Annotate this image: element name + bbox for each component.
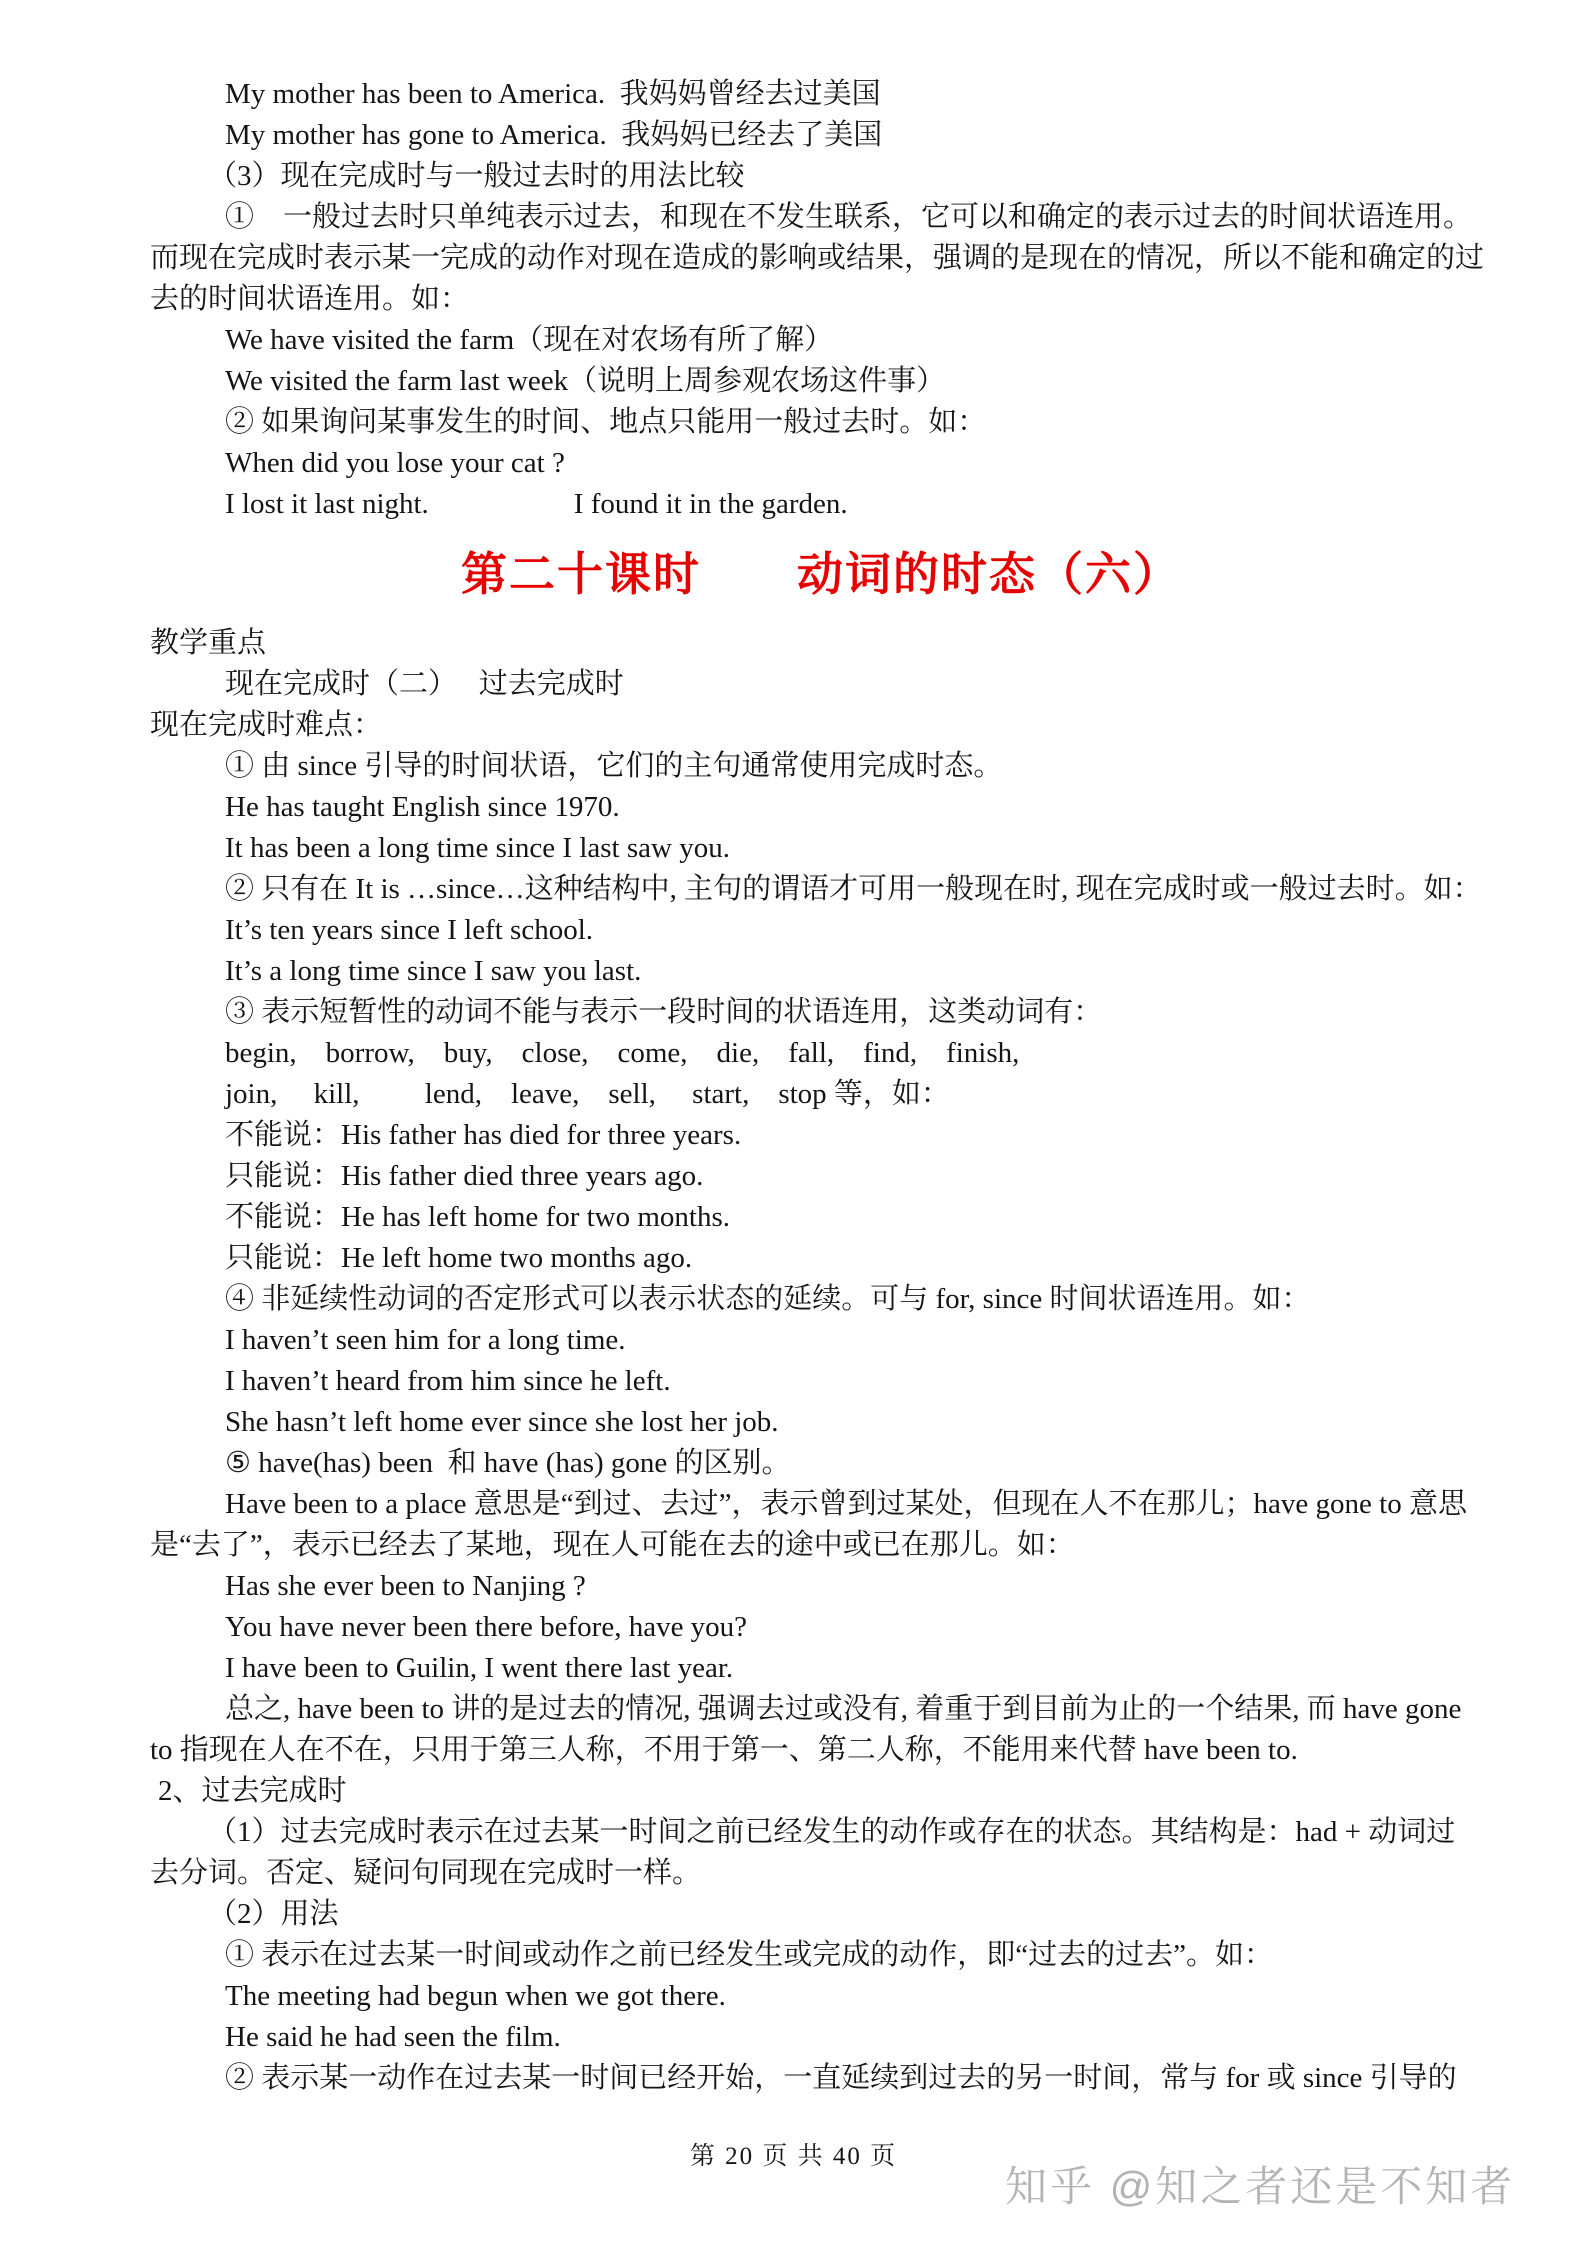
text-line: begin, borrow, buy, close, come, die, fa… — [0, 1033, 1587, 1074]
text-line: ② 如果询问某事发生的时间、地点只能用一般过去时。如： — [0, 402, 1587, 443]
text-line: ② 只有在 It is …since…这种结构中, 主句的谓语才可用一般现在时,… — [0, 869, 1587, 910]
text-line: 不能说：He has left home for two months. — [0, 1197, 1587, 1238]
text-line: ① 由 since 引导的时间状语，它们的主句通常使用完成时态。 — [0, 746, 1587, 787]
watermark: 知乎 @知之者还是不知者 — [1005, 2154, 1515, 2214]
text-line: He said he had seen the film. — [0, 2017, 1587, 2058]
text-line: It has been a long time since I last saw… — [0, 828, 1587, 869]
text-line: to 指现在人在不在，只用于第三人称，不用于第一、第二人称，不能用来代替 hav… — [0, 1730, 1587, 1771]
text-line: 2、过去完成时 — [0, 1771, 1587, 1812]
text-line: ① 表示在过去某一时间或动作之前已经发生或完成的动作，即“过去的过去”。如： — [0, 1935, 1587, 1976]
text-line: （3）现在完成时与一般过去时的用法比较 — [0, 156, 1587, 197]
text-line: The meeting had begun when we got there. — [0, 1976, 1587, 2017]
text-line: 现在完成时（二） 过去完成时 — [0, 664, 1587, 705]
text-line: 总之, have been to 讲的是过去的情况, 强调去过或没有, 着重于到… — [0, 1689, 1587, 1730]
text-line: Has she ever been to Nanjing ? — [0, 1566, 1587, 1607]
text-line: ② 表示某一动作在过去某一时间已经开始，一直延续到过去的另一时间，常与 for … — [0, 2058, 1587, 2099]
text-line: 只能说：His father died three years ago. — [0, 1156, 1587, 1197]
text-line: 不能说：His father has died for three years. — [0, 1115, 1587, 1156]
text-line: ③ 表示短暂性的动词不能与表示一段时间的状语连用，这类动词有： — [0, 992, 1587, 1033]
text-line: You have never been there before, have y… — [0, 1607, 1587, 1648]
text-line: She hasn’t left home ever since she lost… — [0, 1402, 1587, 1443]
text-line: 是“去了”，表示已经去了某地，现在人可能在去的途中或已在那儿。如： — [0, 1525, 1587, 1566]
text-line: My mother has been to America. 我妈妈曾经去过美国 — [0, 74, 1587, 115]
text-line: My mother has gone to America. 我妈妈已经去了美国 — [0, 115, 1587, 156]
text-line: When did you lose your cat ? — [0, 443, 1587, 484]
lines-before-title: My mother has been to America. 我妈妈曾经去过美国… — [0, 74, 1587, 525]
text-line: 而现在完成时表示某一完成的动作对现在造成的影响或结果，强调的是现在的情况，所以不… — [0, 238, 1587, 279]
text-line: 教学重点 — [0, 623, 1587, 664]
text-line: （1）过去完成时表示在过去某一时间之前已经发生的动作或存在的状态。其结构是：ha… — [0, 1812, 1587, 1853]
text-line: ⑤ have(has) been 和 have (has) gone 的区别。 — [0, 1443, 1587, 1484]
text-line: ④ 非延续性动词的否定形式可以表示状态的延续。可与 for, since 时间状… — [0, 1279, 1587, 1320]
text-line: It’s a long time since I saw you last. — [0, 951, 1587, 992]
text-line: I have been to Guilin, I went there last… — [0, 1648, 1587, 1689]
text-line: I haven’t heard from him since he left. — [0, 1361, 1587, 1402]
text-line: join, kill, lend, leave, sell, start, st… — [0, 1074, 1587, 1115]
document-page: My mother has been to America. 我妈妈曾经去过美国… — [0, 0, 1587, 2099]
text-line: 现在完成时难点： — [0, 705, 1587, 746]
text-line: 去分词。否定、疑问句同现在完成时一样。 — [0, 1853, 1587, 1894]
text-line: 去的时间状语连用。如： — [0, 279, 1587, 320]
text-line: Have been to a place 意思是“到过、去过”，表示曾到过某处，… — [0, 1484, 1587, 1525]
text-line: （2）用法 — [0, 1894, 1587, 1935]
text-line: We have visited the farm（现在对农场有所了解） — [0, 320, 1587, 361]
text-line: He has taught English since 1970. — [0, 787, 1587, 828]
text-line: I lost it last night. I found it in the … — [0, 484, 1587, 525]
text-line: I haven’t seen him for a long time. — [0, 1320, 1587, 1361]
lines-after-title: 教学重点现在完成时（二） 过去完成时现在完成时难点：① 由 since 引导的时… — [0, 623, 1587, 2099]
text-line: It’s ten years since I left school. — [0, 910, 1587, 951]
lesson-title: 第二十课时 动词的时态（六） — [0, 543, 1587, 607]
text-line: ① 一般过去时只单纯表示过去，和现在不发生联系，它可以和确定的表示过去的时间状语… — [0, 197, 1587, 238]
text-line: We visited the farm last week（说明上周参观农场这件… — [0, 361, 1587, 402]
text-line: 只能说：He left home two months ago. — [0, 1238, 1587, 1279]
